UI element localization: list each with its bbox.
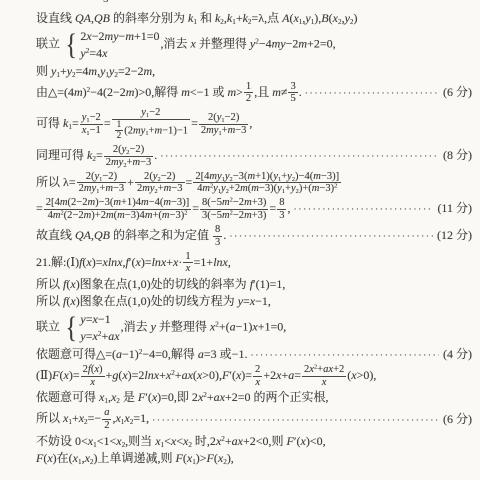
math-line-18: 不妨设 0<x1<1<x2,则当 x1<x<x2 时,2x2+ax+2<0,则 … <box>36 434 472 449</box>
fraction: a2 <box>102 407 111 432</box>
formula-content: 联立 {y=x−1y=x2+ax,消去 y 并整理得 x2+(a−1)x+1=0… <box>36 311 286 345</box>
clipped-previous-line-fragment: 5 <box>103 0 109 5</box>
system-row: y=x2+ax <box>80 328 119 345</box>
formula-content: (Ⅱ)F(x)=2f(x)x+g(x)=2lnx+x2+ax(x>0),F′(x… <box>36 364 376 389</box>
subscript: 1 <box>93 441 97 449</box>
math-line-7: 所以 λ=2(y1−2)2my1+m−3+2(y2−2)2my2+m−3=2[4… <box>36 171 472 196</box>
formula-content: 设直线 QA,QB 的斜率分别为 k1 和 k2,k1+k2=λ,点 A(x1,… <box>36 11 357 26</box>
fraction: 8(−5m2−2m+3)3(−5m2−2m+3) <box>200 197 268 222</box>
subscript: 2 <box>122 441 126 449</box>
subscript: 1 <box>221 117 224 124</box>
math-line-14: 依题意可得△=(a−1)2−4=0,解得 a=3 或−1.···········… <box>36 347 472 362</box>
subscript: 2 <box>92 155 96 163</box>
subscript: 2 <box>123 162 126 169</box>
superscript: 2 <box>255 38 259 46</box>
dot-leader: ········································… <box>229 231 433 243</box>
math-line-11: 所以 f(x)图象在点(1,0)处的切线的斜率为 f′(1)=1, <box>36 277 472 292</box>
fraction-denominator: x <box>302 376 346 389</box>
superscript: 2 <box>203 391 207 399</box>
subscript: 1 <box>218 130 221 137</box>
fraction: 2x2+ax+2x <box>302 364 346 389</box>
score-label: (8 分) <box>443 148 472 163</box>
fraction-numerator: y1−2 <box>80 112 103 124</box>
subscript: 1 <box>145 130 148 137</box>
system-row: y2=4x <box>80 45 159 62</box>
superscript: 2 <box>87 86 91 94</box>
formula-content: 不妨设 0<x1<1<x2,则当 x1<x<x2 时,2x2+ax+2<0,则 … <box>36 434 326 449</box>
fraction-numerator: 8 <box>213 224 222 236</box>
formula-content: 故直线 QA,QB 的斜率之和为定值 83. <box>36 224 226 249</box>
fraction: 83 <box>277 197 286 222</box>
subscript: 1 <box>78 458 82 466</box>
dot-leader: ········································… <box>305 88 439 100</box>
subscript: 2 <box>226 188 229 195</box>
dot-leader: ········································… <box>160 151 439 163</box>
fraction-denominator: 4m2y1y2+2m(m−3)(y1+y2)+(m−3)2 <box>193 182 341 195</box>
system-rows: 2x−2my−m+1=0y2=4x <box>80 28 159 62</box>
fraction-numerator: a <box>102 407 111 419</box>
fraction-denominator: x <box>253 376 262 389</box>
subscript: 1 <box>96 188 99 195</box>
superscript: 2 <box>98 330 102 338</box>
fraction-denominator: 12(2my1+m−1)−1 <box>112 119 190 142</box>
dot-leader: ········································… <box>152 415 439 427</box>
superscript: 2 <box>230 210 233 217</box>
subscript: 2 <box>114 71 118 79</box>
formula-content: F(x)在(x1,x2)上单调递减,则 F(x1)>F(x2), <box>36 451 234 466</box>
fraction-denominator: 2 <box>102 419 111 432</box>
fraction-numerator: 1 <box>244 81 253 93</box>
fraction-denominator: 2 <box>115 130 124 141</box>
subscript: 2 <box>155 188 158 195</box>
fraction: 2[4my1y2−3(m+1)(y1+y2)−4(m−3)]4m2y1y2+2m… <box>193 171 341 196</box>
subscript: 2 <box>84 419 88 427</box>
subscript: 1 <box>68 419 72 427</box>
formula-content: 所以 f(x)图象在点(1,0)处的切线的斜率为 f′(1)=1, <box>36 277 285 292</box>
system-row: y=x−1 <box>80 311 119 328</box>
formula-content: 则 y1+y2=4m,y1y2=2−2m, <box>36 64 155 79</box>
score-label: (6 分) <box>443 412 472 427</box>
subscript: 2 <box>338 18 342 26</box>
equation-system: {y=x−1y=x2+ax <box>64 311 120 345</box>
score-label: (12 分) <box>437 228 472 243</box>
subscript: 2 <box>116 398 120 406</box>
system-rows: y=x−1y=x2+ax <box>80 311 119 345</box>
fraction-denominator: x <box>81 376 105 389</box>
superscript: 2 <box>139 348 143 356</box>
fraction-denominator: 4m2(2−2m)+2m(m−3)4m+(m−3)2 <box>44 209 191 222</box>
fraction-denominator: 2 <box>244 92 253 105</box>
formula-content: 所以 f(x)图象在点(1,0)处的切线方程为 y=x−1, <box>36 294 271 309</box>
subscript: 2 <box>296 188 299 195</box>
subscript: 2 <box>350 18 354 26</box>
fraction: y1−2x1−1 <box>80 112 103 137</box>
subscript: 2 <box>90 458 94 466</box>
math-line-4: 由△=(4m)2−4(2−2m)>0,解得 m<−1 或 m>12,且 m≠35… <box>36 81 472 106</box>
subscript: 2 <box>292 175 295 182</box>
subscript: 2 <box>188 441 192 449</box>
fraction: 35 <box>288 81 297 106</box>
fraction-denominator: 5 <box>288 92 297 105</box>
math-line-2: 联立 {2x−2my−m+1=0y2=4x,消去 x 并整理得 y2−4my−2… <box>36 28 472 62</box>
subscript: 2 <box>72 71 76 79</box>
subscript: 1 <box>299 18 303 26</box>
subscript: 1 <box>86 130 89 137</box>
fraction-denominator: 3 <box>213 236 222 249</box>
subscript: 1 <box>311 18 315 26</box>
subscript: 1 <box>104 398 108 406</box>
superscript: 2 <box>221 435 225 443</box>
subscript: 1 <box>232 18 236 26</box>
fraction: 2(y2−2)2my2+m−3 <box>104 144 154 169</box>
math-line-19: F(x)在(x1,x2)上单调递减,则 F(x1)>F(x2), <box>36 451 472 466</box>
subscript: 1 <box>68 123 72 131</box>
fraction: 2f(x)x <box>81 364 105 389</box>
subscript: 1 <box>146 112 149 119</box>
subscript: 1 <box>99 175 102 182</box>
system-row: 2x−2my−m+1=0 <box>80 28 159 45</box>
fraction-denominator: 3 <box>277 209 286 222</box>
fraction-numerator: 2(y2−2) <box>135 171 185 183</box>
formula-content: 同理可得 k2=2(y2−2)2my2+m−3. <box>36 144 157 169</box>
superscript: 2 <box>184 210 187 217</box>
dot-leader: ········································… <box>293 204 433 216</box>
formula-content: =2[4m(2−2m)−3(m+1)4m−4(m−3)]4m2(2−2m)+2m… <box>36 197 290 222</box>
fraction-numerator: 2(y2−2) <box>104 144 154 156</box>
formula-content: 所以 x1+x2=−a2,x1x2=1, <box>36 407 149 432</box>
fraction-denominator: x1−1 <box>80 124 103 137</box>
document-page: 5 设直线 QA,QB 的斜率分别为 k1 和 k2,k1+k2=λ,点 A(x… <box>0 0 480 480</box>
subscript: 2 <box>230 175 233 182</box>
left-brace-icon: { <box>65 33 77 57</box>
fraction-numerator: 2 <box>253 364 262 376</box>
formula-content: 21.解:(Ⅰ)f(x)=xlnx,f′(x)=lnx+x·1x=1+lnx, <box>36 251 231 276</box>
fraction-numerator: 2[4my1y2−3(m+1)(y1+y2)−4(m−3)] <box>193 171 341 183</box>
fraction: 2x <box>253 364 262 389</box>
fraction-denominator: 2my2+m−3 <box>135 182 185 195</box>
math-line-3: 则 y1+y2=4m,y1y2=2−2m, <box>36 64 472 79</box>
fraction-numerator: 2x2+ax+2 <box>302 364 346 376</box>
formula-content: 联立 {2x−2my−m+1=0y2=4x,消去 x 并整理得 y2−4my−2… <box>36 28 336 62</box>
subscript: 1 <box>278 175 281 182</box>
fraction-numerator: 3 <box>288 81 297 93</box>
fraction-numerator: 8(−5m2−2m+3) <box>200 197 268 209</box>
fraction: y1−212(2my1+m−1)−1 <box>112 107 190 142</box>
fraction-numerator: 1 <box>183 251 192 263</box>
superscript: 2 <box>86 47 90 55</box>
math-line-6: 同理可得 k2=2(y2−2)2my2+m−3.················… <box>36 144 472 169</box>
fraction: 2[4m(2−2m)−3(m+1)4m−4(m−3)]4m2(2−2m)+2m(… <box>44 197 191 222</box>
formula-content: 依题意可得 x1,x2 是 F′(x)=0,即 2x2+ax+2=0 的两个正实… <box>36 390 329 405</box>
superscript: 2 <box>230 197 233 204</box>
math-line-8: =2[4m(2−2m)−3(m+1)4m−4(m−3)]4m2(2−2m)+2m… <box>36 197 472 222</box>
math-line-12: 所以 f(x)图象在点(1,0)处的切线方程为 y=x−1, <box>36 294 472 309</box>
fraction-numerator: 2(y1−2) <box>77 171 127 183</box>
superscript: 2 <box>334 183 337 190</box>
subscript: 2 <box>223 458 227 466</box>
dot-leader: ········································… <box>250 350 439 362</box>
superscript: 2 <box>171 369 175 377</box>
subscript: 2 <box>158 175 161 182</box>
math-line-10: 21.解:(Ⅰ)f(x)=xlnx,f′(x)=lnx+x·1x=1+lnx, <box>36 251 472 276</box>
score-label: (4 分) <box>443 347 472 362</box>
fraction-numerator: 8 <box>277 197 286 209</box>
fraction-numerator: 2[4m(2−2m)−3(m+1)4m−4(m−3)] <box>44 197 191 209</box>
subscript: 2 <box>126 149 129 156</box>
subscript: 1 <box>56 71 60 79</box>
subscript: 1 <box>161 441 165 449</box>
math-line-15: (Ⅱ)F(x)=2f(x)x+g(x)=2lnx+x2+ax(x>0),F′(x… <box>36 364 472 389</box>
fraction-denominator: 2my1+m−3 <box>199 124 249 137</box>
subscript: 2 <box>130 419 134 427</box>
equation-system: {2x−2my−m+1=0y2=4x <box>64 28 160 62</box>
formula-content: 所以 λ=2(y1−2)2my1+m−3+2(y2−2)2my2+m−3=2[4… <box>36 171 342 196</box>
math-line-17: 所以 x1+x2=−a2,x1x2=1,····················… <box>36 407 472 432</box>
fraction: 83 <box>213 224 222 249</box>
superscript: 2 <box>215 321 219 329</box>
math-line-1: 设直线 QA,QB 的斜率分别为 k1 和 k2,k1+k2=λ,点 A(x1,… <box>36 11 472 26</box>
left-brace-icon: { <box>65 316 77 340</box>
math-line-5: 可得 k1=y1−2x1−1=y1−212(2my1+m−1)−1=2(y1−2… <box>36 107 472 142</box>
subscript: 1 <box>192 458 196 466</box>
fraction-denominator: 3(−5m2−2m+3) <box>200 209 268 222</box>
subscript: 1 <box>86 117 89 124</box>
subscript: 1 <box>282 188 285 195</box>
fraction: 12 <box>244 81 253 106</box>
subscript: 1 <box>193 18 197 26</box>
subscript: 2 <box>220 18 224 26</box>
math-line-9: 故直线 QA,QB 的斜率之和为定值 83.··················… <box>36 224 472 249</box>
fraction: 1x <box>183 251 192 276</box>
fraction: 12 <box>115 120 124 142</box>
formula-content: 可得 k1=y1−2x1−1=y1−212(2my1+m−1)−1=2(y1−2… <box>36 107 252 142</box>
fraction: 2(y2−2)2my2+m−3 <box>135 171 185 196</box>
subscript: 2 <box>248 18 252 26</box>
fraction: 2(y1−2)2my1+m−3 <box>77 171 127 196</box>
superscript: 2 <box>60 210 63 217</box>
fraction-denominator: x <box>183 262 192 275</box>
fraction-denominator: 2my1+m−3 <box>77 182 127 195</box>
score-label: (11 分) <box>437 201 472 216</box>
fraction: 2(y1−2)2my1+m−3 <box>199 112 249 137</box>
fraction-numerator: 2(y1−2) <box>199 112 249 124</box>
math-line-13: 联立 {y=x−1y=x2+ax,消去 y 并整理得 x2+(a−1)x+1=0… <box>36 311 472 345</box>
fraction-numerator: y1−2 <box>112 107 190 119</box>
math-line-16: 依题意可得 x1,x2 是 F′(x)=0,即 2x2+ax+2=0 的两个正实… <box>36 390 472 405</box>
fraction-numerator: 1 <box>115 120 124 130</box>
fraction-numerator: 2f(x) <box>81 364 105 376</box>
formula-content: 由△=(4m)2−4(2−2m)>0,解得 m<−1 或 m>12,且 m≠35… <box>36 81 302 106</box>
score-label: (6 分) <box>443 85 472 100</box>
formula-content: 依题意可得△=(a−1)2−4=0,解得 a=3 或−1. <box>36 347 247 362</box>
fraction-denominator: 2my2+m−3 <box>104 156 154 169</box>
superscript: 2 <box>314 363 317 370</box>
